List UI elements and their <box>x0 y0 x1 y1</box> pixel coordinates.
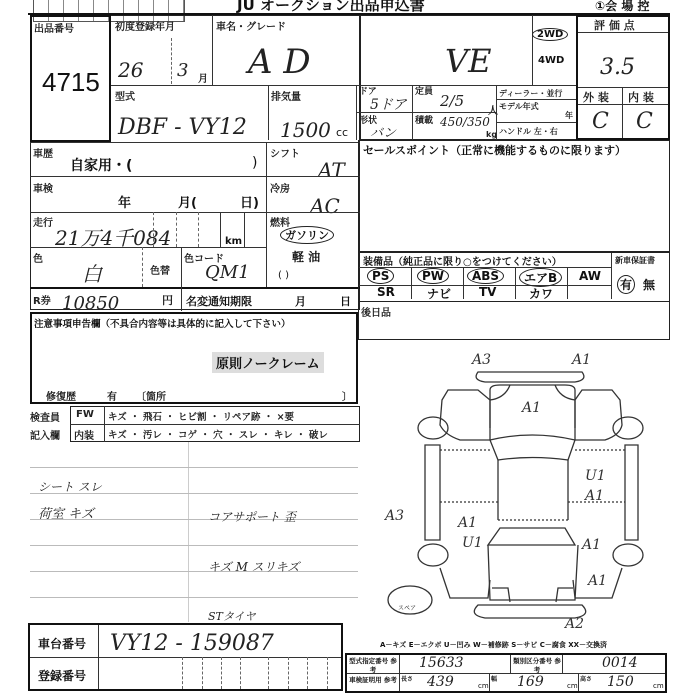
type-number[interactable]: 15633 <box>419 655 464 671</box>
lot-number: 4715 <box>42 67 100 98</box>
shift-value[interactable]: AT <box>318 158 345 182</box>
equipment-box: 装備品（純正品に限り○をつけてください） 新車保証書 PS PW ABS エアB… <box>358 252 670 302</box>
vehicle-name[interactable]: A D <box>248 42 311 82</box>
displacement[interactable]: 1500 <box>280 118 331 142</box>
class-number[interactable]: 0014 <box>602 655 638 671</box>
damage-mark-right-fender: A1 <box>588 573 607 589</box>
damage-mark-right-door: A1 <box>585 488 604 504</box>
warranty-no[interactable]: 無 <box>643 276 655 293</box>
body-type[interactable]: バン <box>370 122 396 141</box>
height-value[interactable]: 150 <box>607 674 634 690</box>
note-right-2: キズ M スリキズ <box>208 558 299 575</box>
damage-mark-left-front-door-dent: U1 <box>462 535 483 551</box>
history-value[interactable]: 自家用・( <box>70 155 132 175</box>
vehicle-name-label: 車名・グレード <box>216 18 286 33</box>
damage-mark-front-bumper: A2 <box>565 616 584 632</box>
no-claim-stamp: 原則ノークレーム <box>212 352 324 373</box>
later-items-box: 後日品 <box>358 302 670 340</box>
equip-abs[interactable]: ABS <box>467 268 504 284</box>
notes-box: 注意事項申告欄（不具合内容等は具体的に記入して下さい） 原則ノークレーム 修復歴… <box>30 312 358 404</box>
damage-mark-rear-bumper-right: A1 <box>572 352 591 368</box>
damage-mark-left-front-door: A1 <box>458 515 477 531</box>
color-value[interactable]: 白 <box>82 258 102 287</box>
model-code[interactable]: DBF - VY12 <box>118 115 247 140</box>
drive-4wd[interactable]: 4WD <box>538 55 564 66</box>
note-left-2: 荷室 キズ <box>38 503 94 522</box>
equip-navi[interactable]: ナビ <box>427 285 451 302</box>
car-damage-diagram <box>360 340 700 630</box>
fuel-diesel[interactable]: 軽 油 <box>292 248 320 265</box>
damage-mark-right-front-door: A1 <box>582 537 601 553</box>
sales-point-box: セールスポイント（正常に機能するものに限ります） <box>358 140 670 252</box>
equip-leather[interactable]: カワ <box>529 285 553 302</box>
equip-ps[interactable]: PS <box>367 268 394 284</box>
note-right-3: STタイヤ <box>208 608 256 624</box>
chassis-number[interactable]: VY12 - 159087 <box>110 631 274 656</box>
damage-mark-left-sill: A3 <box>385 508 404 524</box>
registration-month[interactable]: 3 <box>177 60 188 81</box>
interior-grade[interactable]: C <box>636 109 653 134</box>
equip-tv[interactable]: TV <box>479 285 496 299</box>
score-value[interactable]: 3.5 <box>600 55 635 80</box>
chassis-box: 車台番号 VY12 - 159087 登録番号 <box>28 623 343 691</box>
exterior-grade[interactable]: C <box>592 109 609 134</box>
drive-2wd[interactable]: 2WD <box>532 28 568 41</box>
warranty-yes[interactable]: 有 <box>617 275 635 294</box>
note-right-1: コアサポート 歪 <box>208 508 296 525</box>
damage-mark-right-door-dent: U1 <box>585 468 606 484</box>
registration-label: 初度登録年月 <box>115 18 175 33</box>
equip-sr[interactable]: SR <box>377 285 395 299</box>
ac-value[interactable]: AC <box>310 194 340 218</box>
fuel-gasoline[interactable]: ガソリン <box>280 226 334 244</box>
note-left-1: シート スレ <box>38 478 102 495</box>
damage-mark-rear: A1 <box>522 400 541 416</box>
color-code[interactable]: QM1 <box>205 262 250 283</box>
registration-year[interactable]: 26 <box>118 58 143 82</box>
load-capacity[interactable]: 450/350 <box>440 115 490 129</box>
score-box: 評 価 点 3.5 外 装 内 装 C C <box>576 15 670 140</box>
lot-label: 出品番号 <box>34 20 74 35</box>
spec-box: 型式指定番号 参考 15633 類別区分番号 参考 0014 車検証明用 参考 … <box>345 653 667 693</box>
equip-pw[interactable]: PW <box>417 268 449 284</box>
damage-legend: A－キズ E－エクボ U－凹み W－補修跡 S－サビ C－腐食 XX－交換済 <box>380 640 607 650</box>
damage-mark-rear-bumper-left: A3 <box>472 352 491 368</box>
equip-aw[interactable]: AW <box>579 269 601 283</box>
length-value[interactable]: 439 <box>427 674 454 690</box>
door-count[interactable]: 5ドア <box>370 94 407 114</box>
capacity[interactable]: 2/5 <box>440 92 464 110</box>
recycle-value[interactable]: 10850 <box>62 293 119 314</box>
width-value[interactable]: 169 <box>517 674 544 690</box>
copy-label: ①会 場 控 <box>595 0 650 14</box>
lot-box: 出品番号 4715 <box>30 15 111 142</box>
